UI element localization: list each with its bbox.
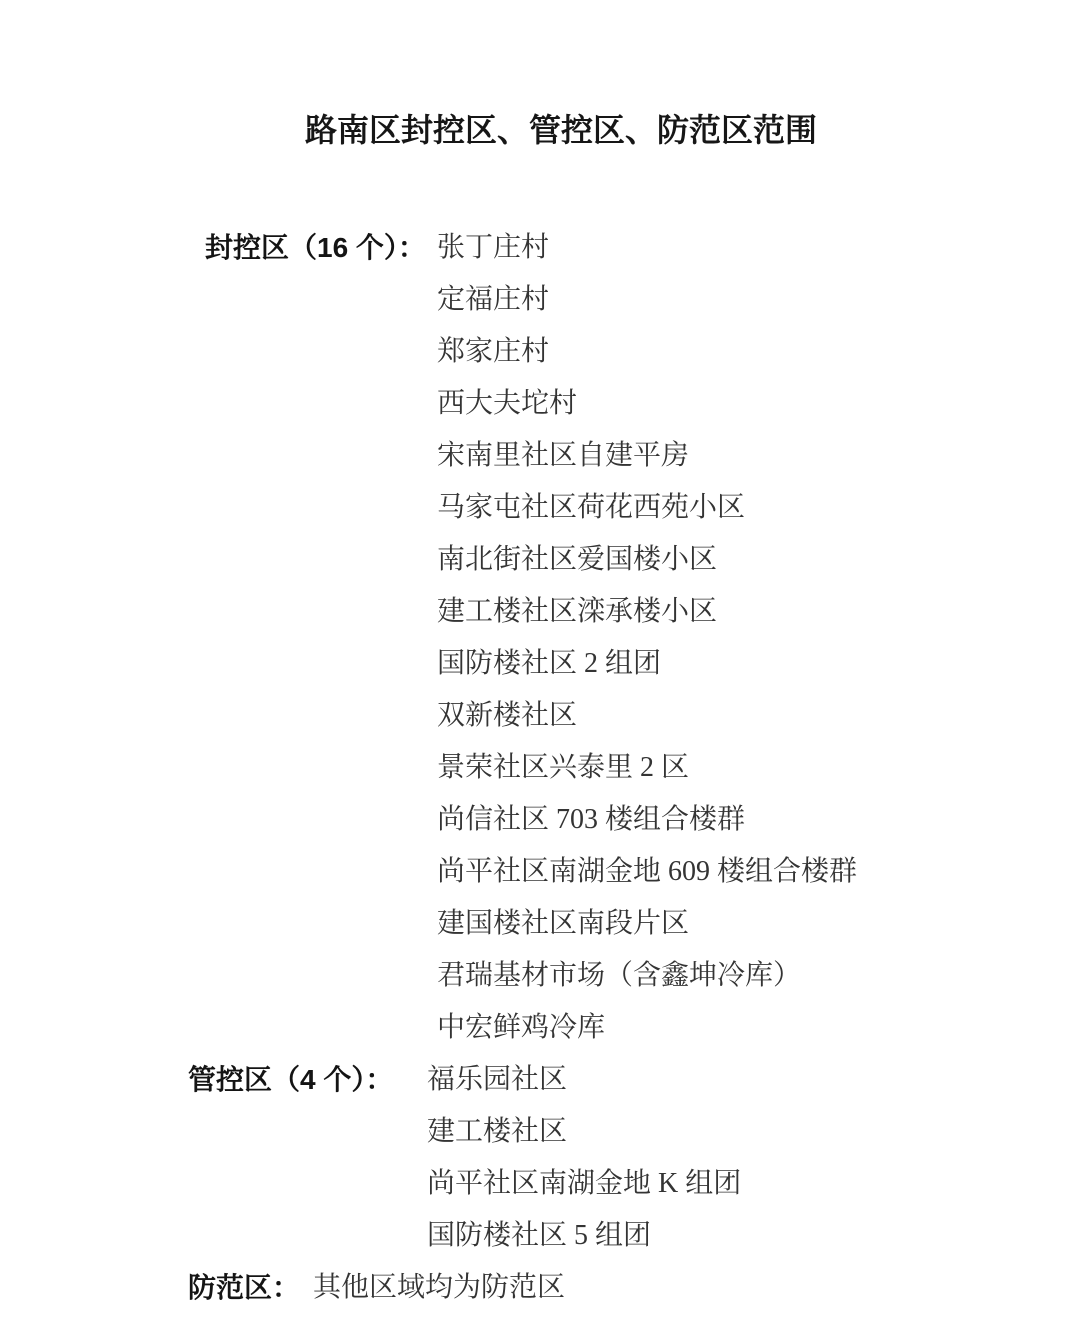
zone-item: 建工楼社区滦承楼小区 xyxy=(437,586,1080,638)
section-items: 福乐园社区建工楼社区尚平社区南湖金地 K 组团国防楼社区 5 组团 xyxy=(427,1054,1080,1262)
zone-item: 西大夫坨村 xyxy=(437,378,1080,430)
zone-item: 建工楼社区 xyxy=(427,1106,1080,1158)
zone-section: 防范区：其他区域均为防范区 xyxy=(0,1262,1080,1314)
section-label: 防范区： xyxy=(188,1262,300,1314)
zone-item: 宋南里社区自建平房 xyxy=(437,430,1080,482)
zone-item: 郑家庄村 xyxy=(437,326,1080,378)
zone-item: 景荣社区兴泰里 2 区 xyxy=(437,742,1080,794)
zone-item: 南北街社区爱国楼小区 xyxy=(437,534,1080,586)
zone-item: 双新楼社区 xyxy=(437,690,1080,742)
zone-item: 建国楼社区南段片区 xyxy=(437,898,1080,950)
zone-item: 中宏鲜鸡冷库 xyxy=(437,1002,1080,1054)
zone-item: 尚信社区 703 楼组合楼群 xyxy=(437,794,1080,846)
zone-item: 尚平社区南湖金地 K 组团 xyxy=(427,1158,1080,1210)
zone-section: 封控区（16 个）：张丁庄村定福庄村郑家庄村西大夫坨村宋南里社区自建平房马家屯社… xyxy=(0,222,1080,1054)
zone-item: 尚平社区南湖金地 609 楼组合楼群 xyxy=(437,846,1080,898)
zone-item: 君瑞基材市场（含鑫坤冷库） xyxy=(437,950,1080,1002)
zone-item: 马家屯社区荷花西苑小区 xyxy=(437,482,1080,534)
section-label: 封控区（16 个）： xyxy=(205,222,426,274)
zone-section: 管控区（4 个）：福乐园社区建工楼社区尚平社区南湖金地 K 组团国防楼社区 5 … xyxy=(0,1054,1080,1262)
section-items: 张丁庄村定福庄村郑家庄村西大夫坨村宋南里社区自建平房马家屯社区荷花西苑小区南北街… xyxy=(437,222,1080,1054)
zone-item: 张丁庄村 xyxy=(437,222,1080,274)
zone-item: 定福庄村 xyxy=(437,274,1080,326)
document-page: 路南区封控区、管控区、防范区范围 封控区（16 个）：张丁庄村定福庄村郑家庄村西… xyxy=(0,0,1080,1320)
zone-item: 国防楼社区 5 组团 xyxy=(427,1210,1080,1262)
zones-list: 封控区（16 个）：张丁庄村定福庄村郑家庄村西大夫坨村宋南里社区自建平房马家屯社… xyxy=(0,222,1080,1314)
zone-item: 其他区域均为防范区 xyxy=(313,1262,1080,1314)
zone-item: 国防楼社区 2 组团 xyxy=(437,638,1080,690)
document-title: 路南区封控区、管控区、防范区范围 xyxy=(21,108,1080,152)
section-label: 管控区（4 个）： xyxy=(188,1054,393,1106)
section-items: 其他区域均为防范区 xyxy=(313,1262,1080,1314)
zone-item: 福乐园社区 xyxy=(427,1054,1080,1106)
